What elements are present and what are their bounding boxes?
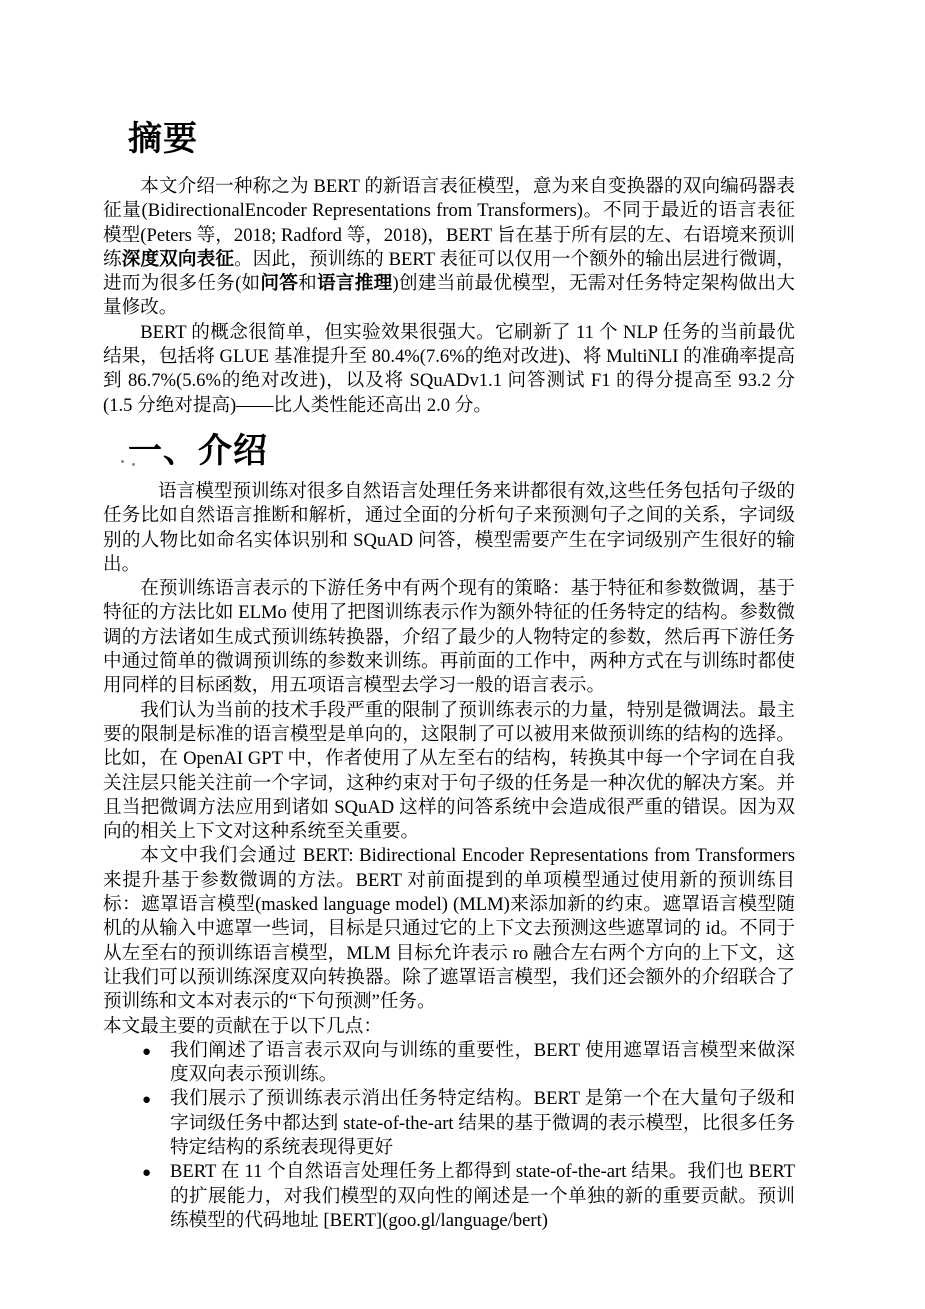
abstract-heading: 摘要 xyxy=(128,119,795,159)
contribution-item-3: ● BERT 在 11 个自然语言处理任务上都得到 state-of-the-a… xyxy=(103,1160,795,1233)
intro-paragraph-3: 我们认为当前的技术手段严重的限制了预训练表示的力量，特别是微调法。最主要的限制是… xyxy=(103,699,795,845)
bullet-dot-icon: ● xyxy=(142,1161,151,1185)
intro-paragraph-2: 在预训练语言表示的下游任务中有两个现有的策略：基于特征和参数微调，基于特征的方法… xyxy=(103,577,795,698)
contribution-item-1-text: 我们阐述了语言表示双向与训练的重要性，BERT 使用遮罩语言模型来做深度双向表示… xyxy=(170,1040,795,1085)
contributions-list: ● 我们阐述了语言表示双向与训练的重要性，BERT 使用遮罩语言模型来做深度双向… xyxy=(103,1039,795,1233)
abstract-paragraph-2: BERT 的概念很简单，但实验效果很强大。它刷新了 11 个 NLP 任务的当前… xyxy=(103,321,795,418)
contribution-item-2-text: 我们展示了预训练表示消出任务特定结构。BERT 是第一个在大量句子级和字词级任务… xyxy=(170,1088,795,1158)
abstract-paragraph-1: 本文介绍一种称之为 BERT 的新语言表征模型，意为来自变换器的双向编码器表征量… xyxy=(103,175,795,321)
intro-paragraph-4: 本文中我们会通过 BERT: Bidirectional Encoder Rep… xyxy=(103,844,795,1014)
bullet-dot-icon: ● xyxy=(142,1040,151,1064)
contributions-lead-line: 本文最主要的贡献在于以下几点： xyxy=(103,1015,795,1039)
stray-mark-dots xyxy=(121,458,143,468)
contribution-item-3-text: BERT 在 11 个自然语言处理任务上都得到 state-of-the-art… xyxy=(170,1161,795,1231)
contribution-item-2: ● 我们展示了预训练表示消出任务特定结构。BERT 是第一个在大量句子级和字词级… xyxy=(103,1087,795,1160)
contribution-item-1: ● 我们阐述了语言表示双向与训练的重要性，BERT 使用遮罩语言模型来做深度双向… xyxy=(103,1039,795,1088)
intro-paragraph-1: 语言模型预训练对很多自然语言处理任务来讲都很有效,这些任务包括句子级的任务比如自… xyxy=(103,480,795,577)
bullet-dot-icon: ● xyxy=(142,1088,151,1112)
document-page: 摘要 本文介绍一种称之为 BERT 的新语言表征模型，意为来自变换器的双向编码器… xyxy=(0,0,925,1309)
introduction-heading: 一、介绍 xyxy=(128,431,795,471)
